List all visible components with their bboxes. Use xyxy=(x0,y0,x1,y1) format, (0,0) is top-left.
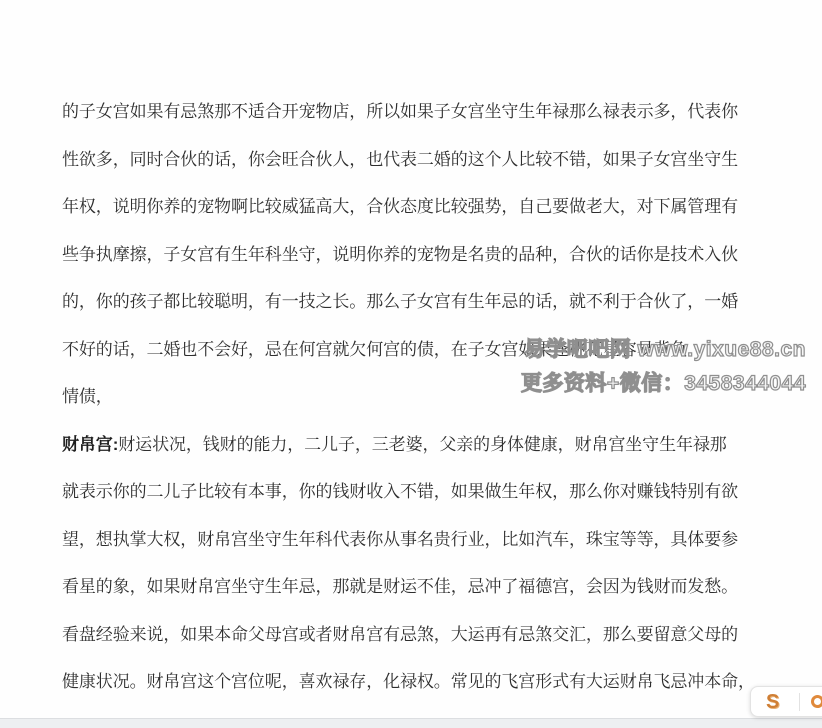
sogou-s-logo-icon[interactable]: S xyxy=(766,692,779,712)
text-line: 健康状况。财帛宫这个宫位呢，喜欢禄存，化禄权。常见的飞宫形式有大运财帛飞忌冲本命… xyxy=(62,658,752,706)
text-line: 看盘经验来说，如果本命父母宫或者财帛宫有忌煞，大运再有忌煞交汇，那么要留意父母的 xyxy=(62,611,752,659)
text-line: 年权，说明你养的宠物啊比较威猛高大，合伙态度比较强势，自己要做老大，对下属管理有 xyxy=(62,183,752,231)
text-line: 些争执摩擦，子女宫有生年科坐守，说明你养的宠物是名贵的品种，合伙的话你是技术入伙 xyxy=(62,231,752,279)
text-line: 财运状况，钱财的能力，二儿子，三老婆，父亲的身体健康，财帛宫坐守生年禄那 xyxy=(118,435,726,454)
text-line: 的，你的孩子都比较聪明，有一技之长。那么子女宫有生年忌的话，就不利于合伙了，一婚 xyxy=(62,278,752,326)
text-line: 就表示你的二儿子比较有本事，你的钱财收入不错，如果做生年权，那么你对赚钱特别有欲 xyxy=(62,468,752,516)
text-line: 望，想执掌大权，财帛宫坐守生年科代表你从事名贵行业，比如汽车，珠宝等等，具体要参 xyxy=(62,516,752,564)
text-line: 情债， xyxy=(62,373,752,421)
toolbar-divider xyxy=(799,693,800,711)
floating-toolbar[interactable]: S xyxy=(750,686,822,717)
section-label-caifugong: 财帛宫: xyxy=(62,435,118,454)
partial-ring-icon[interactable] xyxy=(811,695,822,708)
text-line: 不好的话，二婚也不会好，忌在何宫就欠何宫的债，在子女宫如果逢桃花星容易背负 xyxy=(62,326,752,374)
text-line: 看星的象，如果财帛宫坐守生年忌，那就是财运不佳，忌冲了福德宫，会因为钱财而发愁。 xyxy=(62,563,752,611)
document-page: 的子女宫如果有忌煞那不适合开宠物店，所以如果子女宫坐守生年禄那么禄表示多，代表你… xyxy=(0,0,822,728)
text-line-section-start: 财帛宫:财运状况，钱财的能力，二儿子，三老婆，父亲的身体健康，财帛宫坐守生年禄那 xyxy=(62,421,752,469)
text-line: 的子女宫如果有忌煞那不适合开宠物店，所以如果子女宫坐守生年禄那么禄表示多，代表你 xyxy=(62,88,752,136)
bottom-bar xyxy=(0,718,822,728)
document-text: 的子女宫如果有忌煞那不适合开宠物店，所以如果子女宫坐守生年禄那么禄表示多，代表你… xyxy=(62,88,752,706)
text-line: 性欲多，同时合伙的话，你会旺合伙人，也代表二婚的这个人比较不错，如果子女宫坐守生 xyxy=(62,136,752,184)
